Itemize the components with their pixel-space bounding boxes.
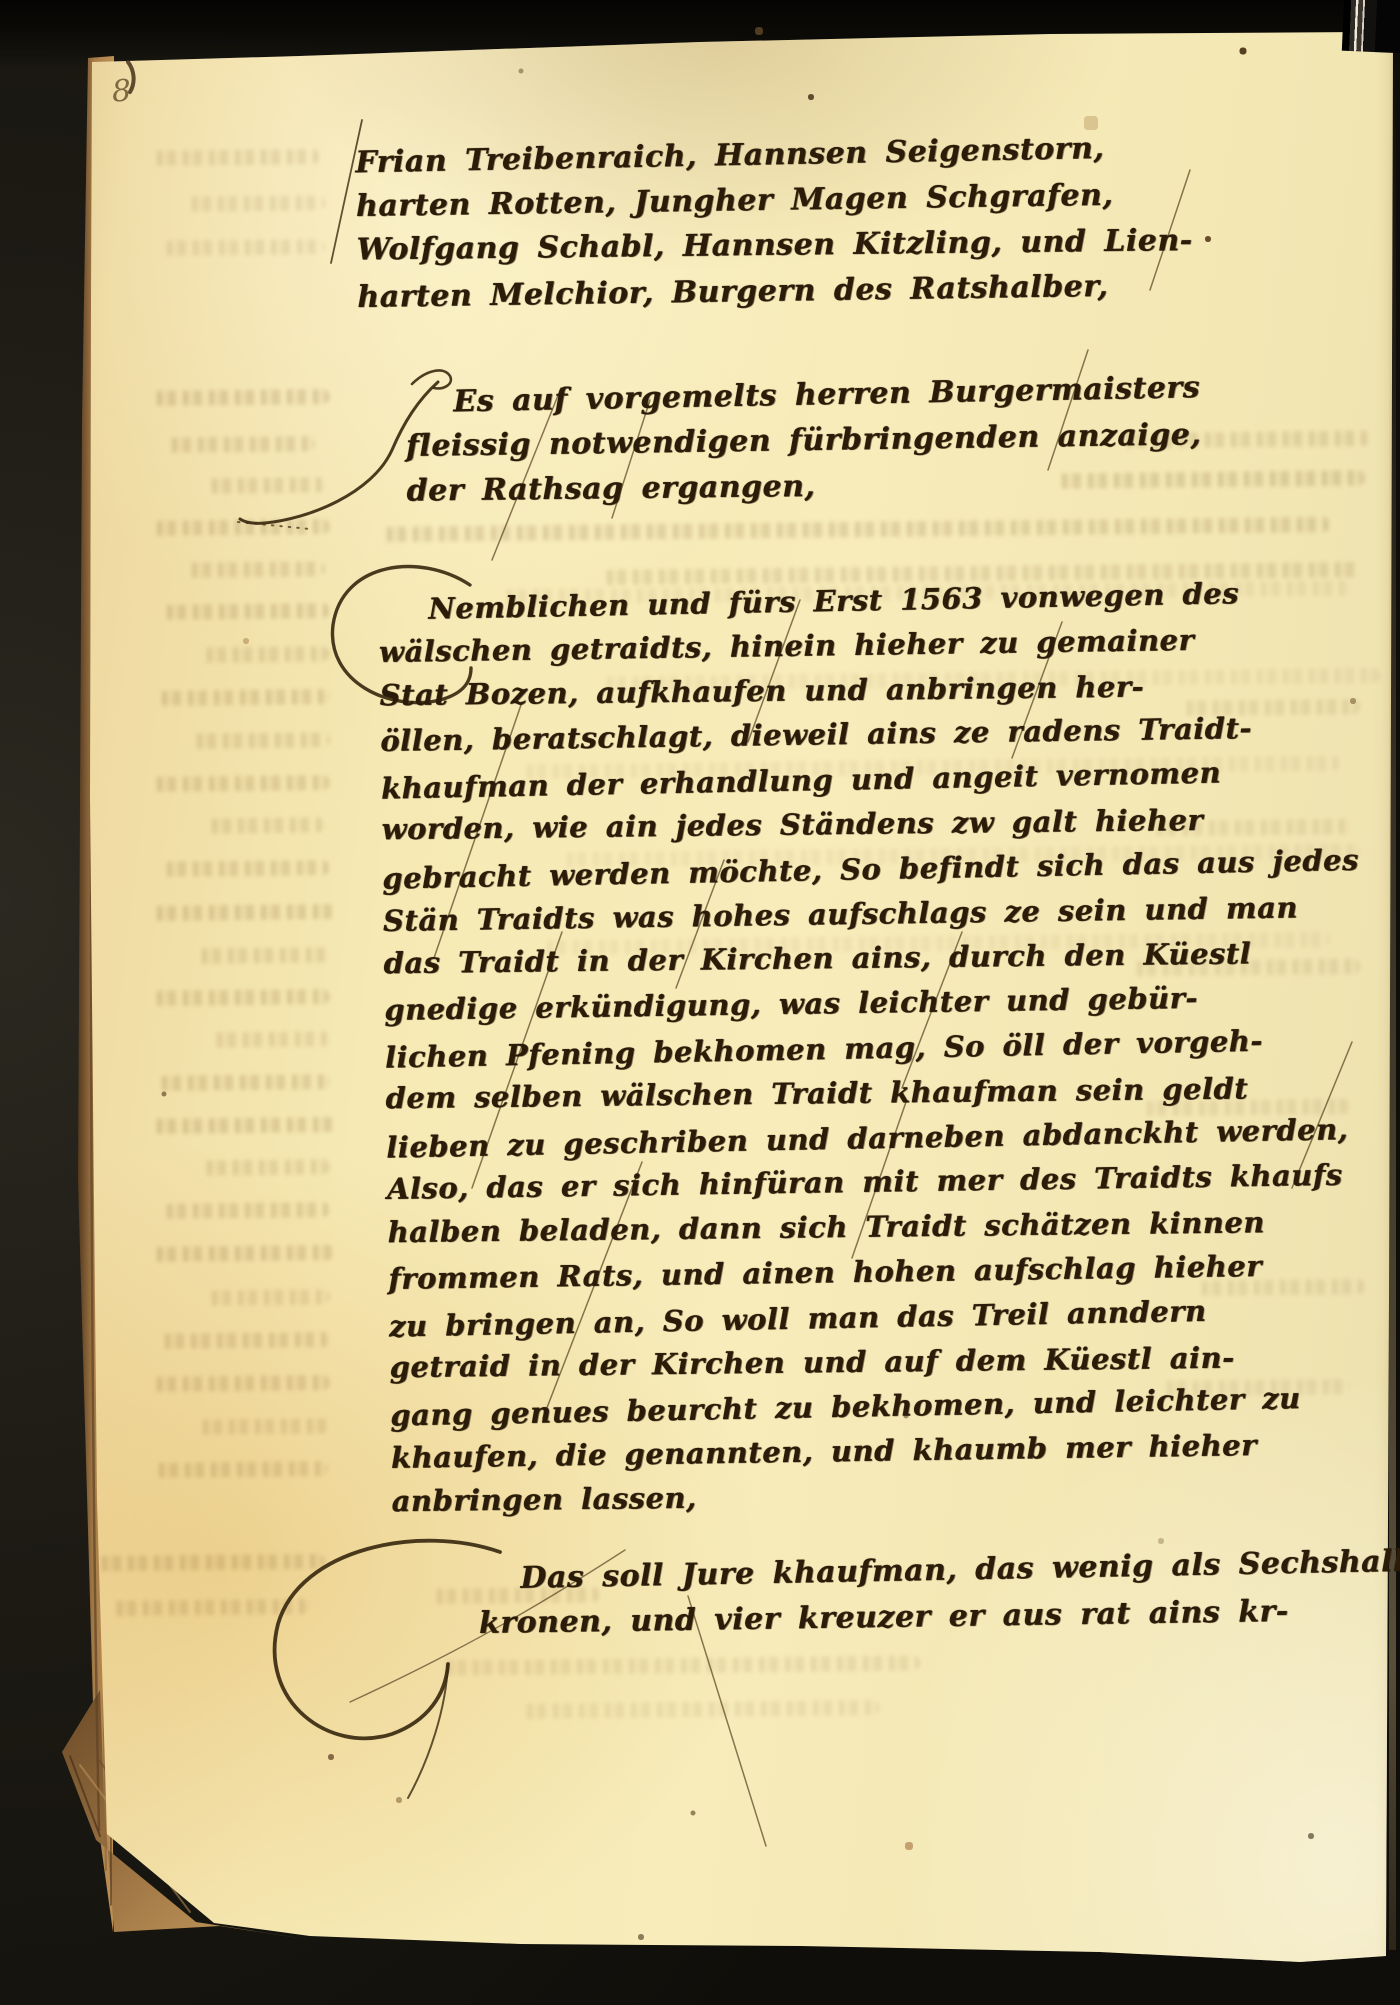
manuscript-text-line: Wolfgang Schabl, Hannsen Kitzling, und L… bbox=[356, 218, 1192, 273]
bleed-through-line bbox=[196, 1418, 330, 1434]
paragraph-preamble: Es auf vorgemelts herren Burgermaistersf… bbox=[405, 366, 1202, 516]
folio-number: 8 bbox=[111, 73, 132, 109]
bleed-through-line bbox=[200, 1159, 330, 1175]
bleed-through-line bbox=[185, 195, 325, 211]
bleed-through-line bbox=[205, 477, 325, 493]
bleed-through-line bbox=[160, 860, 330, 877]
bleed-through-line bbox=[150, 519, 330, 536]
paragraph-council-names: Frian Treibenraich, Hannsen Seigenstorn,… bbox=[355, 126, 1194, 320]
book-cover-clamp bbox=[1342, 0, 1400, 53]
bleed-through-line bbox=[185, 561, 325, 577]
bleed-through-line bbox=[155, 689, 330, 706]
next-page-edge bbox=[1389, 44, 1396, 1950]
bleed-through-line bbox=[150, 149, 320, 166]
paragraph-price-note: Das soll Jure khaufman, das wenig als Se… bbox=[478, 1539, 1400, 1647]
bleed-through-line bbox=[160, 1202, 330, 1219]
bleed-through-line bbox=[205, 1289, 330, 1305]
bleed-through-line bbox=[520, 1700, 880, 1719]
bleed-through-line bbox=[205, 817, 325, 833]
manuscript-photo: 8 Frian Treibenraich, Hannsen Seigenstor… bbox=[0, 0, 1400, 2005]
bleed-through-line bbox=[152, 1461, 328, 1478]
bleed-through-line bbox=[150, 1245, 335, 1262]
bleed-through-line bbox=[110, 1599, 310, 1616]
manuscript-text-line: der Rathsag ergangen, bbox=[406, 460, 1202, 515]
bleed-through-line bbox=[150, 389, 330, 406]
bleed-through-line bbox=[155, 1074, 330, 1091]
bleed-through-line bbox=[150, 1375, 330, 1392]
bleed-through-line bbox=[158, 1332, 330, 1349]
bleed-through-line bbox=[165, 436, 315, 453]
bleed-through-line bbox=[190, 732, 330, 748]
bleed-through-line bbox=[150, 989, 330, 1006]
bleed-through-line bbox=[160, 239, 325, 256]
bleed-through-line bbox=[210, 1031, 330, 1047]
bleed-through-line bbox=[150, 904, 335, 921]
bleed-through-line bbox=[150, 1117, 335, 1134]
bleed-through-line bbox=[440, 1655, 920, 1675]
ink-specks bbox=[0, 0, 2, 2]
bleed-through-line bbox=[380, 517, 1330, 542]
paragraph-grain-resolution: Nemblichen und fürs Erst 1563 vonwegen d… bbox=[378, 571, 1369, 1526]
bleed-through-line bbox=[195, 947, 330, 963]
bleed-through-line bbox=[200, 646, 330, 662]
bleed-through-line bbox=[95, 1554, 325, 1571]
bleed-through-line bbox=[150, 775, 330, 792]
bleed-through-line bbox=[160, 603, 330, 620]
